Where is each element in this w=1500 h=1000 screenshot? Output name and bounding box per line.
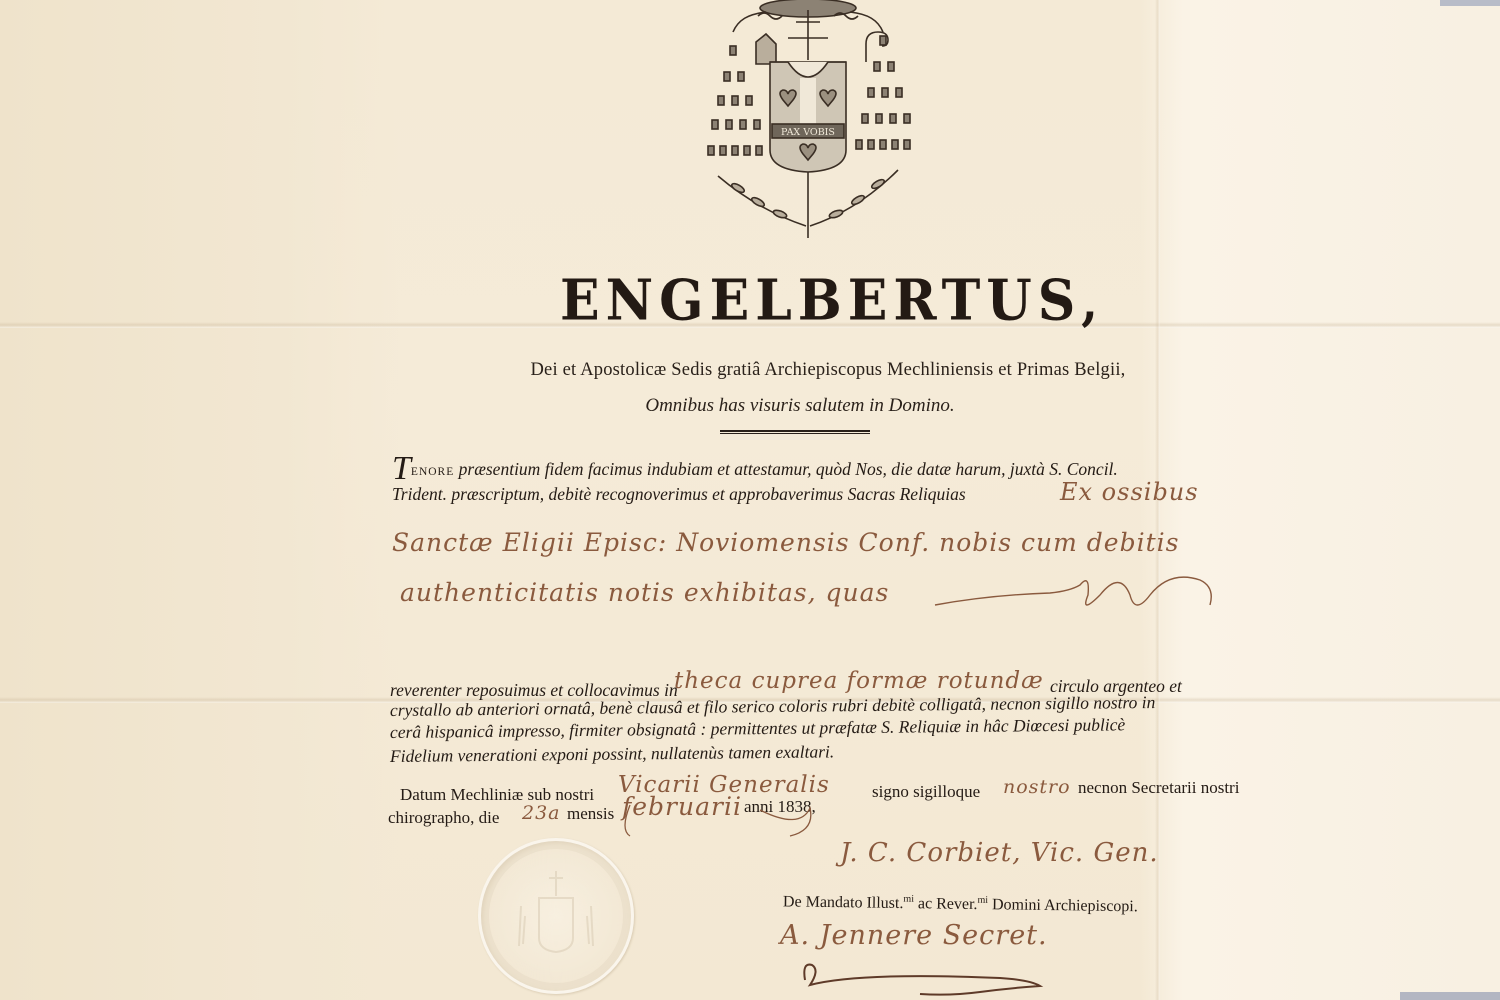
dating-line-1-c: necnon Secretarii nostri [1078, 778, 1239, 798]
secretary-signature: A. Jennere Secret. [780, 920, 1048, 951]
title-text: ENGELBERTUS [560, 268, 1081, 334]
signature-flourish-icon [800, 950, 1060, 1000]
handwritten-theca: theca cuprea formæ rotundæ [674, 668, 1044, 694]
coat-of-arms-icon: PAX VOBIS [688, 0, 928, 250]
mandate-text-a: De Mandato Illust. [783, 893, 904, 912]
mandate-line: De Mandato Illust.mi ac Rever.mi Domini … [783, 892, 1138, 916]
title-comma: , [1081, 272, 1104, 332]
handwritten-flourish-icon [930, 565, 1230, 625]
svg-text:PAX VOBIS: PAX VOBIS [781, 127, 835, 138]
coat-of-arms: PAX VOBIS [688, 0, 928, 250]
dating-line-1-b: signo sigilloque [872, 782, 980, 802]
archbishop-subtitle: Dei et Apostolicæ Sedis gratiâ Archiepis… [468, 360, 1188, 381]
vicar-general-signature: J. C. Corbiet, Vic. Gen. [840, 838, 1159, 868]
handwritten-authenticity: authenticitatis notis exhibitas, quas [400, 578, 889, 607]
body-line-2: Trident. præscriptum, debitè recognoveri… [392, 484, 966, 505]
double-rule-divider [720, 430, 870, 434]
background-surface-corner [1400, 992, 1500, 1000]
body-line-1: TENORE præsentium fidem facimus indubiam… [392, 452, 1118, 486]
handwritten-saint-name: Sanctæ Eligii Episc: Noviomensis Conf. n… [392, 528, 1179, 557]
document-title: ENGELBERTUS, [560, 268, 1080, 334]
handwritten-nostro: nostro [1003, 776, 1071, 798]
body-line-8: Fidelium venerationi exponi possint, nul… [390, 741, 834, 767]
background-surface-corner [1440, 0, 1500, 6]
mandate-text-b: ac Rever. [914, 895, 978, 913]
handwritten-day: 23a [522, 802, 561, 824]
drop-cap: T [392, 450, 411, 487]
mandate-superscript-1: mi [903, 894, 914, 905]
small-caps: ENORE [411, 466, 454, 478]
date-flourish-icon [600, 800, 840, 840]
embossed-seal [478, 838, 634, 994]
greeting: Omnibus has visuris salutem in Domino. [560, 395, 1040, 417]
handwritten-ex-ossibus: Ex ossibus [1060, 478, 1199, 506]
mandate-text-c: Domini Archiepiscopi. [988, 896, 1138, 915]
seal-coat-of-arms-icon [511, 866, 601, 966]
body-line-1-text: præsentium fidem facimus indubiam et att… [454, 459, 1118, 479]
paper-shadow-left [0, 0, 400, 1000]
dating-line-1-a: Datum Mechliniæ sub nostri [400, 785, 594, 805]
mandate-superscript-2: mi [977, 895, 988, 906]
dating-line-2-a: chirographo, die [388, 808, 499, 828]
